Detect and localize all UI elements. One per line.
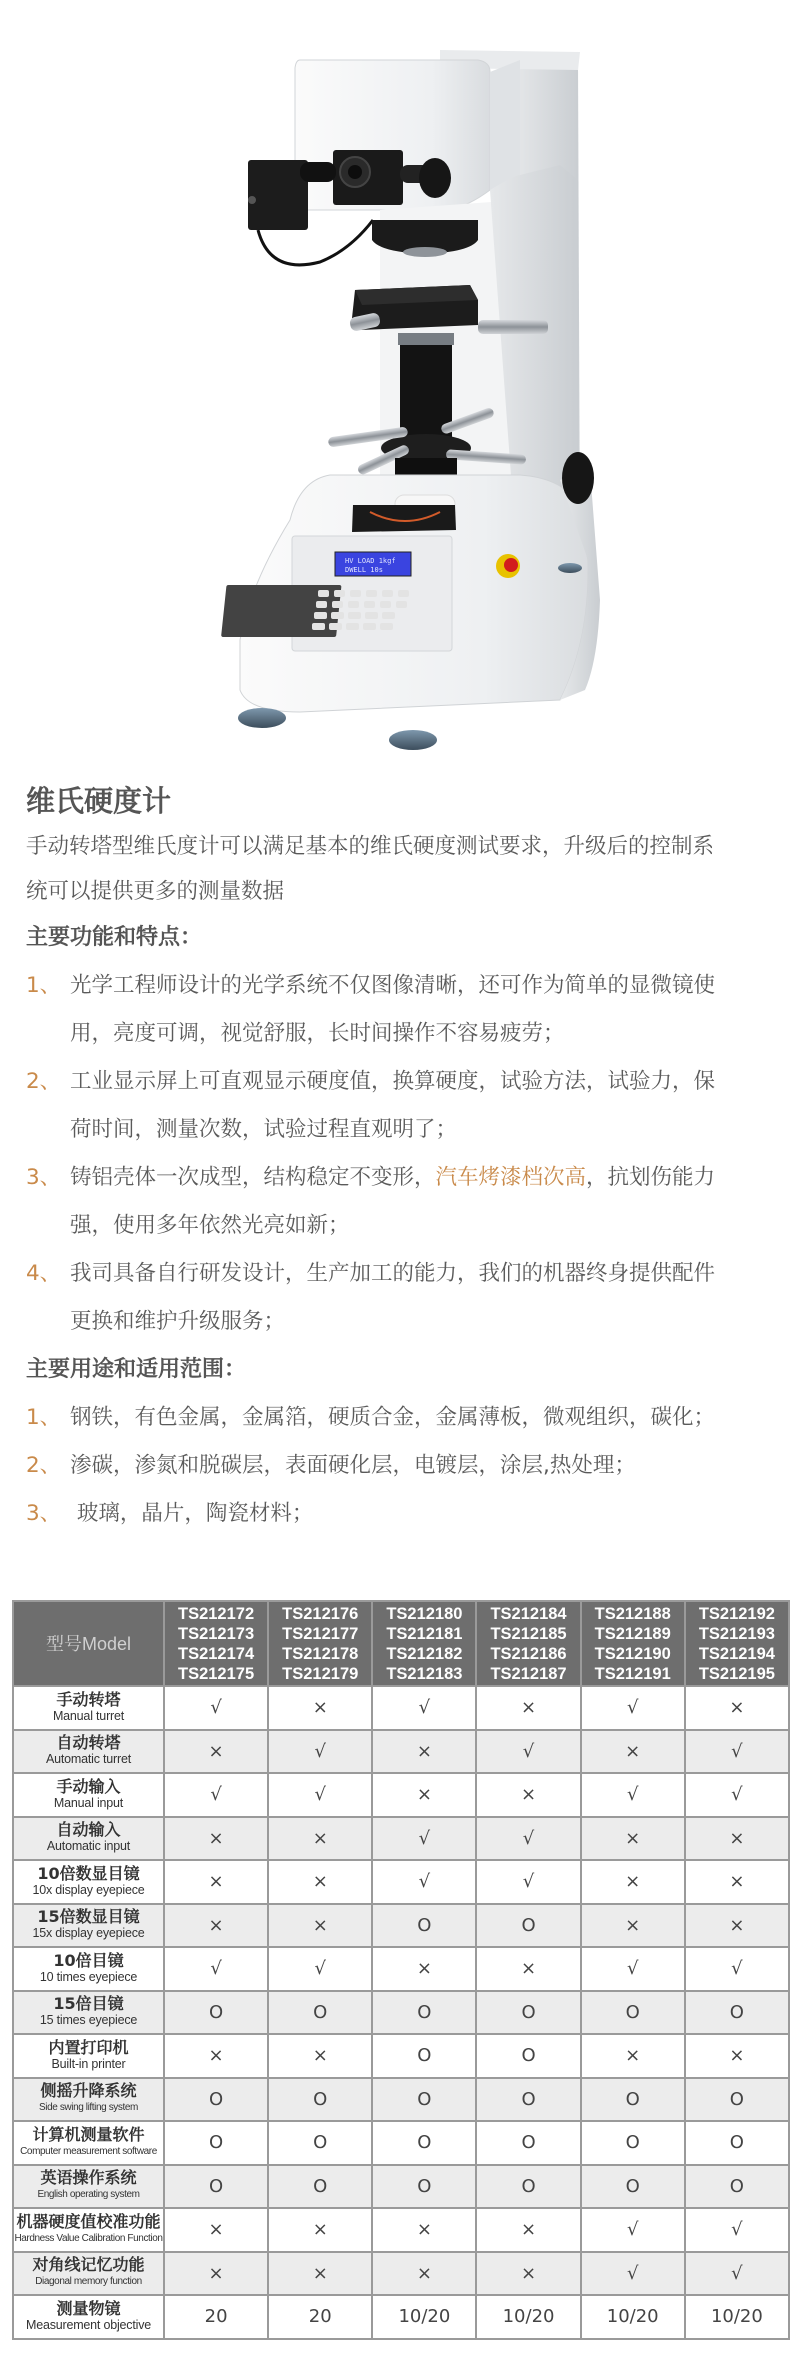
spec-value-cell: ×	[581, 1730, 685, 1774]
feature-label-cell: 10倍数显目镜10x display eyepiece	[13, 1860, 164, 1904]
spec-value-cell: O	[268, 2165, 372, 2209]
feature-item: 2、 工业显示屏上可直观显示硬度值，换算硬度，试验方法，试验力，保	[26, 1058, 786, 1106]
spec-value-cell: ×	[685, 2034, 789, 2078]
list-number: 3、	[26, 1490, 70, 1538]
spec-value-cell: √	[685, 1947, 789, 1991]
spec-value-cell: 10/20	[685, 2295, 789, 2339]
feature-label-zh: 侧摇升降系统	[14, 2082, 163, 2099]
foot	[558, 563, 582, 573]
spec-value-cell: O	[372, 1904, 476, 1948]
feature-label-cell: 15倍目镜15 times eyepiece	[13, 1991, 164, 2035]
spec-value-cell: ×	[372, 1773, 476, 1817]
feature-label-zh: 测量物镜	[14, 2300, 163, 2317]
feature-label-en: 15 times eyepiece	[14, 2012, 163, 2029]
spec-value-cell: ×	[476, 2252, 580, 2296]
spec-value-cell: 10/20	[476, 2295, 580, 2339]
feature-label-en: Automatic input	[14, 1838, 163, 1855]
spec-value-cell: ×	[268, 1817, 372, 1861]
table-row: 对角线记忆功能Diagonal memory function××××√√	[13, 2252, 789, 2296]
spec-value-cell: O	[476, 1904, 580, 1948]
feature-label-zh: 15倍目镜	[14, 1995, 163, 2012]
spec-value-cell: ×	[268, 2208, 372, 2252]
spec-value-cell: O	[476, 2121, 580, 2165]
spec-value-cell: 20	[164, 2295, 268, 2339]
feature-label-en: Side swing lifting system	[14, 2099, 163, 2116]
table-row: 手动转塔Manual turret√×√×√×	[13, 1686, 789, 1730]
spec-value-cell: O	[268, 2078, 372, 2122]
feature-label-zh: 自动转塔	[14, 1734, 163, 1751]
feature-label-en: Manual input	[14, 1795, 163, 1812]
spec-value-cell: ×	[164, 2252, 268, 2296]
spec-value-cell: O	[685, 2165, 789, 2209]
model-column-header: TS212172TS212173TS212174TS212175	[164, 1601, 268, 1686]
feature-label-cell: 10倍目镜10 times eyepiece	[13, 1947, 164, 1991]
emergency-stop-button	[504, 558, 518, 572]
spec-value-cell: ×	[685, 1686, 789, 1730]
feature-label-en: Built-in printer	[14, 2056, 163, 2073]
spec-value-cell: ×	[476, 1947, 580, 1991]
spec-value-cell: O	[164, 2078, 268, 2122]
feature-label-zh: 10倍目镜	[14, 1952, 163, 1969]
spec-value-cell: ×	[476, 1686, 580, 1730]
feature-label-cell: 15倍数显目镜15x display eyepiece	[13, 1904, 164, 1948]
feature-label-zh: 英语操作系统	[14, 2169, 163, 2186]
feature-label-zh: 自动输入	[14, 1821, 163, 1838]
spec-value-cell: O	[476, 1991, 580, 2035]
spec-value-cell: 20	[268, 2295, 372, 2339]
spec-value-cell: ×	[164, 1730, 268, 1774]
spec-value-cell: O	[372, 2034, 476, 2078]
spec-value-cell: √	[581, 2252, 685, 2296]
focus-knob	[419, 158, 451, 198]
spec-value-cell: ×	[476, 1773, 580, 1817]
feature-label-cell: 内置打印机Built-in printer	[13, 2034, 164, 2078]
table-row: 机器硬度值校准功能Hardness Value Calibration Func…	[13, 2208, 789, 2252]
model-header: 型号Model	[13, 1601, 164, 1686]
table-row: 手动输入Manual input√√××√√	[13, 1773, 789, 1817]
feature-item-continued: 强，使用多年依然光亮如新；	[26, 1202, 786, 1250]
list-number: 4、	[26, 1250, 70, 1298]
spec-value-cell: O	[372, 1991, 476, 2035]
spec-value-cell: ×	[372, 1730, 476, 1774]
model-column-header: TS212176TS212177TS212178TS212179	[268, 1601, 372, 1686]
feature-label-en: English operating system	[14, 2186, 163, 2203]
spec-value-cell: ×	[372, 2252, 476, 2296]
feature-label-zh: 内置打印机	[14, 2039, 163, 2056]
spec-value-cell: O	[581, 2078, 685, 2122]
spec-value-cell: √	[268, 1730, 372, 1774]
spec-value-cell: ×	[268, 1904, 372, 1948]
spec-value-cell: √	[685, 1730, 789, 1774]
spec-value-cell: √	[581, 1773, 685, 1817]
spec-value-cell: √	[476, 1730, 580, 1774]
table-row: 10倍数显目镜10x display eyepiece××√√××	[13, 1860, 789, 1904]
table-header-row: 型号Model TS212172TS212173TS212174TS212175…	[13, 1601, 789, 1686]
spec-table-body: 手动转塔Manual turret√×√×√×自动转塔Automatic tur…	[13, 1686, 789, 2339]
spec-value-cell: O	[164, 1991, 268, 2035]
spec-value-cell: √	[476, 1860, 580, 1904]
feature-label-zh: 对角线记忆功能	[14, 2256, 163, 2273]
spec-value-cell: √	[268, 1773, 372, 1817]
spec-value-cell: O	[685, 2121, 789, 2165]
spec-value-cell: ×	[164, 1904, 268, 1948]
foot	[238, 708, 286, 728]
spec-value-cell: O	[476, 2078, 580, 2122]
spec-value-cell: O	[581, 2165, 685, 2209]
spec-value-cell: ×	[581, 1860, 685, 1904]
spec-value-cell: O	[372, 2078, 476, 2122]
svg-text:DWELL 10s: DWELL 10s	[345, 566, 383, 574]
model-column-header: TS212180TS212181TS212182TS212183	[372, 1601, 476, 1686]
intro-line: 统可以提供更多的测量数据	[26, 869, 786, 914]
spec-value-cell: √	[685, 2208, 789, 2252]
micrometer-right	[478, 320, 548, 334]
spec-value-cell: O	[372, 2165, 476, 2209]
feature-label-cell: 侧摇升降系统Side swing lifting system	[13, 2078, 164, 2122]
feature-label-cell: 英语操作系统English operating system	[13, 2165, 164, 2209]
spec-value-cell: O	[685, 2078, 789, 2122]
spec-value-cell: ×	[372, 2208, 476, 2252]
spec-value-cell: O	[476, 2034, 580, 2078]
feature-label-zh: 10倍数显目镜	[14, 1865, 163, 1882]
table-row: 内置打印机Built-in printer××OO××	[13, 2034, 789, 2078]
feature-label-cell: 自动输入Automatic input	[13, 1817, 164, 1861]
feature-label-en: 15x display eyepiece	[14, 1925, 163, 1942]
spec-value-cell: √	[372, 1860, 476, 1904]
product-photo: HV LOAD 1kgf DWELL 10s	[0, 0, 800, 775]
model-column-header: TS212184TS212185TS212186TS212187	[476, 1601, 580, 1686]
spec-value-cell: ×	[372, 1947, 476, 1991]
spec-value-cell: ×	[268, 1860, 372, 1904]
load-panel	[352, 505, 456, 532]
feature-label-en: 10 times eyepiece	[14, 1969, 163, 1986]
spec-value-cell: O	[164, 2165, 268, 2209]
spec-value-cell: √	[372, 1817, 476, 1861]
table-row: 英语操作系统English operating systemOOOOOO	[13, 2165, 789, 2209]
spec-value-cell: O	[476, 2165, 580, 2209]
spec-value-cell: √	[164, 1947, 268, 1991]
feature-label-zh: 机器硬度值校准功能	[14, 2213, 163, 2230]
spec-value-cell: ×	[581, 2034, 685, 2078]
feature-label-zh: 15倍数显目镜	[14, 1908, 163, 1925]
foot	[389, 730, 437, 750]
feature-label-en: Automatic turret	[14, 1751, 163, 1768]
spec-value-cell: ×	[164, 1860, 268, 1904]
spec-value-cell: ×	[164, 2208, 268, 2252]
feature-item-continued: 荷时间，测量次数，试验过程直观明了；	[26, 1106, 786, 1154]
table-row: 自动转塔Automatic turret×√×√×√	[13, 1730, 789, 1774]
spec-value-cell: 10/20	[372, 2295, 476, 2339]
table-row: 计算机测量软件Computer measurement softwareOOOO…	[13, 2121, 789, 2165]
spec-value-cell: √	[581, 1947, 685, 1991]
spec-value-cell: O	[268, 1991, 372, 2035]
spec-value-cell: O	[372, 2121, 476, 2165]
spec-value-cell: √	[685, 1773, 789, 1817]
feature-label-cell: 机器硬度值校准功能Hardness Value Calibration Func…	[13, 2208, 164, 2252]
feature-label-cell: 计算机测量软件Computer measurement software	[13, 2121, 164, 2165]
intro-line: 手动转塔型维氏度计可以满足基本的维氏硬度测试要求，升级后的控制系	[26, 824, 786, 869]
list-number: 3、	[26, 1154, 70, 1202]
application-item: 3、 玻璃，晶片，陶瓷材料；	[26, 1490, 786, 1538]
model-column-header: TS212192TS212193TS212194TS212195	[685, 1601, 789, 1686]
table-row: 10倍目镜10 times eyepiece√√××√√	[13, 1947, 789, 1991]
table-row: 侧摇升降系统Side swing lifting systemOOOOOO	[13, 2078, 789, 2122]
spec-value-cell: √	[164, 1773, 268, 1817]
spec-table: 型号Model TS212172TS212173TS212174TS212175…	[12, 1600, 790, 2340]
feature-label-en: Diagonal memory function	[14, 2273, 163, 2290]
feature-label-cell: 对角线记忆功能Diagonal memory function	[13, 2252, 164, 2296]
spec-value-cell: O	[164, 2121, 268, 2165]
spec-value-cell: ×	[476, 2208, 580, 2252]
feature-label-en: Hardness Value Calibration Function	[14, 2230, 163, 2247]
spec-value-cell: ×	[685, 1817, 789, 1861]
feature-item-continued: 更换和维护升级服务；	[26, 1298, 786, 1346]
spec-value-cell: √	[581, 1686, 685, 1730]
list-number: 1、	[26, 1394, 70, 1442]
spec-value-cell: ×	[268, 2034, 372, 2078]
application-item: 1、 钢铁，有色金属，金属箔，硬质合金，金属薄板，微观组织，碳化；	[26, 1394, 786, 1442]
feature-label-cell: 手动转塔Manual turret	[13, 1686, 164, 1730]
feature-label-en: Manual turret	[14, 1708, 163, 1725]
spec-value-cell: 10/20	[581, 2295, 685, 2339]
feature-label-cell: 测量物镜Measurement objective	[13, 2295, 164, 2339]
list-number: 2、	[26, 1058, 70, 1106]
feature-label-cell: 手动输入Manual input	[13, 1773, 164, 1817]
feature-label-en: Measurement objective	[14, 2317, 163, 2334]
applications-heading: 主要用途和适用范围：	[26, 1346, 786, 1394]
light-source-box	[248, 160, 308, 230]
spec-value-cell: ×	[164, 1817, 268, 1861]
spec-value-cell: √	[685, 2252, 789, 2296]
spec-value-cell: O	[268, 2121, 372, 2165]
application-item: 2、 渗碳，渗氮和脱碳层，表面硬化层，电镀层，涂层,热处理；	[26, 1442, 786, 1490]
feature-item: 1、 光学工程师设计的光学系统不仅图像清晰，还可作为简单的显微镜使	[26, 962, 786, 1010]
list-number: 2、	[26, 1442, 70, 1490]
hardness-tester-illustration: HV LOAD 1kgf DWELL 10s	[0, 0, 800, 775]
spec-value-cell: ×	[685, 1860, 789, 1904]
spec-value-cell: O	[581, 2121, 685, 2165]
description-section: 维氏硬度计 手动转塔型维氏度计可以满足基本的维氏硬度测试要求，升级后的控制系 统…	[26, 778, 786, 1538]
highlighted-text: 汽车烤漆档次高	[436, 1165, 587, 1190]
feature-label-en: Computer measurement software	[14, 2143, 163, 2160]
spec-value-cell: √	[268, 1947, 372, 1991]
spec-value-cell: ×	[164, 2034, 268, 2078]
feature-label-cell: 自动转塔Automatic turret	[13, 1730, 164, 1774]
spec-value-cell: ×	[268, 1686, 372, 1730]
spec-value-cell: ×	[268, 2252, 372, 2296]
spec-value-cell: √	[476, 1817, 580, 1861]
feature-label-zh: 手动输入	[14, 1778, 163, 1795]
spec-value-cell: ×	[685, 1904, 789, 1948]
page-title: 维氏硬度计	[26, 778, 786, 824]
feature-item: 4、 我司具备自行研发设计，生产加工的能力，我们的机器终身提供配件	[26, 1250, 786, 1298]
feature-label-en: 10x display eyepiece	[14, 1882, 163, 1899]
spec-value-cell: √	[372, 1686, 476, 1730]
spec-value-cell: √	[581, 2208, 685, 2252]
feature-label-zh: 手动转塔	[14, 1691, 163, 1708]
spec-value-cell: √	[164, 1686, 268, 1730]
spec-value-cell: ×	[581, 1904, 685, 1948]
list-number: 1、	[26, 962, 70, 1010]
spec-value-cell: ×	[581, 1817, 685, 1861]
features-heading: 主要功能和特点：	[26, 914, 786, 962]
feature-item-continued: 用，亮度可调，视觉舒服，长时间操作不容易疲劳；	[26, 1010, 786, 1058]
spec-value-cell: O	[581, 1991, 685, 2035]
table-row: 自动输入Automatic input××√√××	[13, 1817, 789, 1861]
feature-label-zh: 计算机测量软件	[14, 2126, 163, 2143]
table-row: 测量物镜Measurement objective202010/2010/201…	[13, 2295, 789, 2339]
svg-text:HV LOAD 1kgf: HV LOAD 1kgf	[345, 557, 396, 565]
model-column-header: TS212188TS212189TS212190TS212191	[581, 1601, 685, 1686]
table-row: 15倍数显目镜15x display eyepiece××OO××	[13, 1904, 789, 1948]
spec-value-cell: O	[685, 1991, 789, 2035]
side-knob	[562, 452, 594, 504]
table-row: 15倍目镜15 times eyepieceOOOOOO	[13, 1991, 789, 2035]
feature-item: 3、 铸铝壳体一次成型，结构稳定不变形，汽车烤漆档次高，抗划伤能力	[26, 1154, 786, 1202]
